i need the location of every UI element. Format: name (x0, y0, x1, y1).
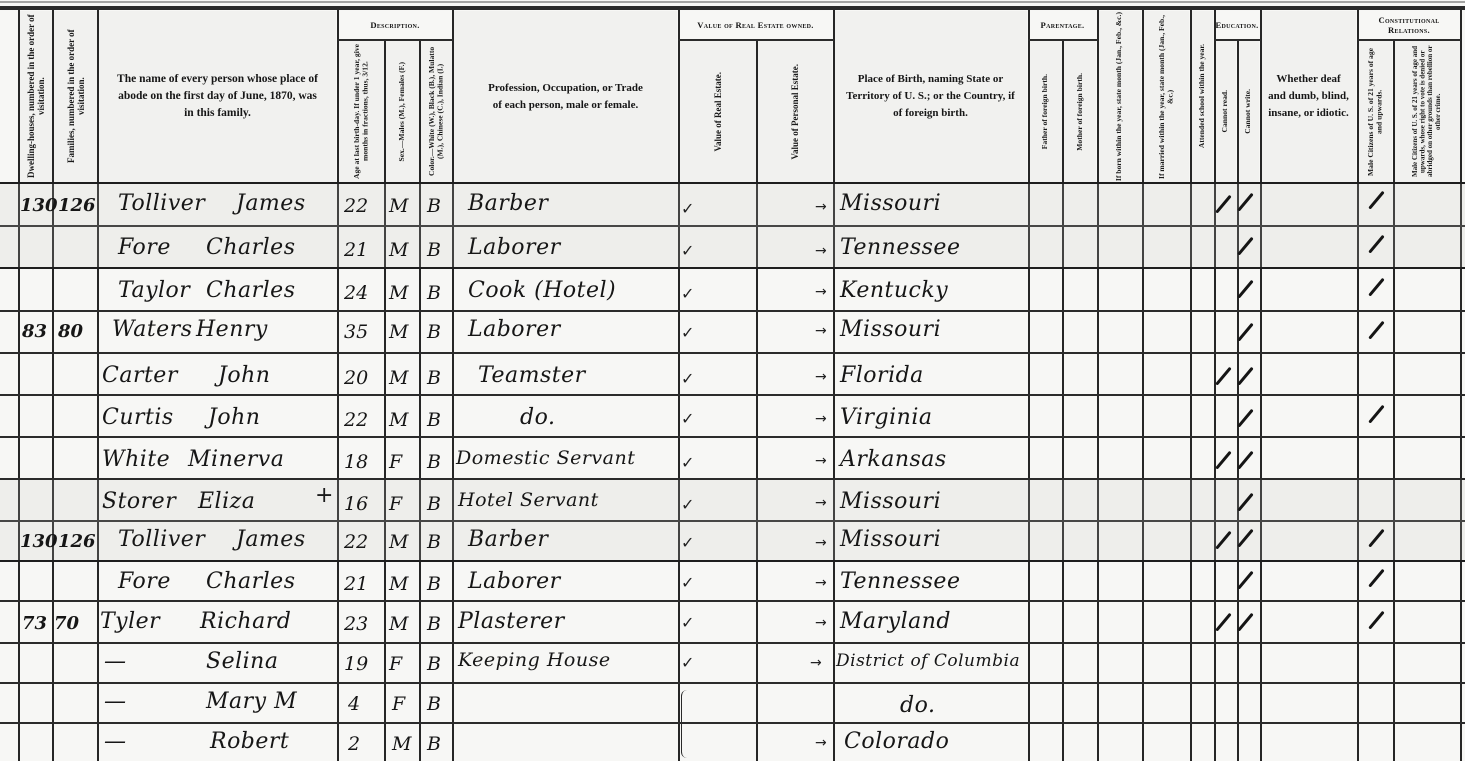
surname: Fore (118, 569, 171, 594)
age: 21 (344, 239, 368, 261)
check-mark-icon: ✓ (681, 495, 694, 514)
surname: — (104, 649, 127, 674)
birthplace: Missouri (840, 317, 941, 342)
given-name: James (236, 191, 306, 216)
arrow-mark-icon: → (815, 535, 827, 551)
age: 22 (344, 195, 368, 217)
color: B (427, 531, 441, 553)
cannot-write-tick-icon (1237, 237, 1253, 255)
surname: Storer (102, 489, 176, 514)
surname: Taylor (118, 278, 190, 303)
birthplace: Florida (840, 363, 924, 388)
group-description-label: Description. (370, 20, 419, 30)
grid-line (1214, 39, 1261, 41)
header-occupation-label: Profession, Occupation, or Trade of each… (484, 80, 647, 114)
age: 4 (348, 693, 360, 715)
cannot-read-tick-icon (1215, 451, 1231, 469)
sex: F (389, 493, 402, 515)
header-male-citizens: Male Citizens of U. S. of 21 years of ag… (1358, 41, 1392, 182)
sex: M (389, 239, 408, 261)
given-name: Charles (206, 235, 295, 260)
sex: F (389, 653, 402, 675)
cannot-write-tick-icon (1237, 323, 1253, 341)
arrow-mark-icon: → (815, 615, 827, 631)
male-citizen-tick-icon (1368, 569, 1384, 587)
color: B (427, 367, 441, 389)
cannot-write-tick-icon (1237, 613, 1253, 631)
surname: Tolliver (118, 191, 205, 216)
sex: M (389, 282, 408, 304)
arrow-mark-icon: → (815, 495, 827, 511)
cannot-read-tick-icon (1215, 367, 1231, 385)
census-sheet: Dwelling-houses, numbered in the order o… (0, 0, 1465, 761)
header-married-within-year: If married within the year, state month … (1143, 11, 1189, 182)
birthplace: Virginia (840, 405, 933, 430)
header-personal-estate-label: Value of Personal Estate. (790, 64, 800, 160)
header-color-label: Color.—White (W.), Black (B.), Mulatto (… (428, 41, 445, 182)
check-mark-icon: ✓ (681, 653, 694, 672)
color: B (427, 282, 441, 304)
table-row: Fore Charles 21 M B Laborer ✓ → Tennesse… (0, 225, 1465, 267)
table-row: — Mary M 4 F B do. (0, 683, 1465, 723)
header-birthplace-label: Place of Birth, naming State or Territor… (844, 71, 1017, 122)
age: 35 (344, 321, 368, 343)
surname: Carter (102, 363, 178, 388)
dwelling-number: 73 (22, 613, 47, 634)
grid-line (1028, 39, 1098, 41)
dwelling-number: 130 (20, 531, 58, 552)
header-age: Age at last birth-day. If under 1 year, … (338, 41, 384, 182)
birthplace: Kentucky (840, 278, 948, 303)
birthplace: Colorado (844, 729, 949, 754)
header-mother-foreign: Mother of foreign birth. (1064, 41, 1096, 182)
check-mark-icon: ✓ (681, 241, 694, 260)
header-name: The name of every person whose place of … (99, 11, 336, 182)
age: 23 (344, 613, 368, 635)
table-row: Curtis John 22 M B do. ✓ → Virginia (0, 395, 1465, 437)
surname: Fore (118, 235, 171, 260)
header-real-estate-label: Value of Real Estate. (713, 72, 723, 152)
birthplace: Missouri (840, 489, 941, 514)
birthplace: Maryland (840, 609, 951, 634)
male-citizen-tick-icon (1368, 191, 1384, 209)
birthplace: do. (900, 693, 935, 718)
birthplace: District of Columbia (836, 651, 1020, 671)
color: B (427, 733, 441, 755)
color: B (427, 321, 441, 343)
family-number: 80 (58, 321, 83, 342)
check-mark-icon: ✓ (681, 409, 694, 428)
header-cannot-read: Cannot read. (1215, 41, 1236, 182)
male-citizen-tick-icon (1368, 278, 1384, 296)
table-row: Fore Charles 21 M B Laborer ✓ → Tennesse… (0, 561, 1465, 601)
cannot-write-tick-icon (1237, 529, 1253, 547)
age: 22 (344, 409, 368, 431)
color: B (427, 693, 441, 715)
color: B (427, 239, 441, 261)
color: B (427, 409, 441, 431)
group-education: Education. (1215, 11, 1259, 39)
header-sex-label: Sex.—Males (M.), Females (F.) (398, 62, 406, 161)
cannot-write-tick-icon (1237, 280, 1253, 298)
occupation: Laborer (468, 235, 561, 260)
arrow-mark-icon: → (815, 323, 827, 339)
surname: Tyler (100, 609, 160, 634)
sex: F (392, 693, 405, 715)
age: 24 (344, 282, 368, 304)
given-name: John (218, 363, 270, 388)
group-education-label: Education. (1215, 20, 1258, 30)
color: B (427, 195, 441, 217)
header-occupation: Profession, Occupation, or Trade of each… (454, 11, 677, 182)
header-cannot-write: Cannot write. (1238, 41, 1259, 182)
check-mark-icon: ✓ (681, 573, 694, 592)
given-name: James (236, 527, 306, 552)
header-father-foreign: Father of foreign birth. (1029, 41, 1062, 182)
group-description: Description. (338, 11, 452, 39)
header-mother-foreign-label: Mother of foreign birth. (1076, 73, 1084, 151)
arrow-mark-icon: → (815, 453, 827, 469)
age: 16 (344, 493, 368, 515)
occupation: do. (520, 405, 555, 430)
cannot-read-tick-icon (1215, 195, 1231, 213)
occupation: Barber (468, 527, 548, 552)
surname: White (102, 447, 170, 472)
check-mark-icon: ✓ (681, 453, 694, 472)
header-family-label: Families, numbered in the order of visit… (66, 11, 86, 182)
occupation: Barber (468, 191, 548, 216)
age: 18 (344, 451, 368, 473)
table-row: Taylor Charles 24 M B Cook (Hotel) ✓ → K… (0, 268, 1465, 310)
table-row: — Robert 2 M B → Colorado (0, 723, 1465, 761)
header-father-foreign-label: Father of foreign birth. (1041, 74, 1049, 149)
header-cannot-read-label: Cannot read. (1221, 90, 1229, 132)
sex: M (389, 531, 408, 553)
cannot-read-tick-icon (1215, 531, 1231, 549)
color: B (427, 451, 441, 473)
group-constitutional: Constitutional Relations. (1358, 11, 1460, 39)
surname: — (104, 689, 127, 714)
arrow-mark-icon: → (815, 199, 827, 215)
table-row: White Minerva 18 F B Domestic Servant ✓ … (0, 437, 1465, 479)
crosshair-mark-icon: + (315, 483, 333, 508)
header-name-label: The name of every person whose place of … (113, 71, 322, 122)
color: B (427, 653, 441, 675)
header-attended-school: Attended school within the year. (1191, 11, 1213, 182)
check-mark-icon: ✓ (681, 369, 694, 388)
occupation: Keeping House (458, 649, 611, 671)
cannot-write-tick-icon (1237, 367, 1253, 385)
cannot-write-tick-icon (1237, 571, 1253, 589)
occupation: Cook (Hotel) (468, 278, 616, 303)
given-name: Richard (200, 609, 291, 634)
occupation: Domestic Servant (456, 447, 635, 469)
color: B (427, 613, 441, 635)
sex: M (389, 321, 408, 343)
group-parentage-label: Parentage. (1041, 20, 1085, 30)
header-dwelling: Dwelling-houses, numbered in the order o… (19, 11, 52, 182)
header-age-label: Age at last birth-day. If under 1 year, … (353, 41, 370, 182)
arrow-mark-icon: → (815, 735, 827, 751)
arrow-mark-icon: → (810, 655, 822, 671)
grid-line (1357, 39, 1461, 41)
group-parentage: Parentage. (1029, 11, 1096, 39)
header-cannot-write-label: Cannot write. (1244, 89, 1252, 134)
check-mark-icon: ✓ (681, 284, 694, 303)
header-disability: Whether deaf and dumb, blind, insane, or… (1261, 11, 1356, 182)
page-top-rule (0, 6, 1465, 10)
age: 2 (348, 733, 360, 755)
given-name: Henry (196, 317, 268, 342)
header-born-within-year: If born within the year, state month (Ja… (1098, 11, 1141, 182)
header-male-citizens-label: Male Citizens of U. S. of 21 years of ag… (1367, 41, 1384, 182)
family-number: 70 (54, 613, 79, 634)
table-row: 83 80 Waters Henry 35 M B Laborer ✓ → Mi… (0, 311, 1465, 353)
sex: M (392, 733, 411, 755)
header-attended-school-label: Attended school within the year. (1198, 44, 1206, 148)
sex: M (389, 573, 408, 595)
age: 20 (344, 367, 368, 389)
bracket-mark-icon (681, 690, 690, 758)
given-name: John (208, 405, 260, 430)
header-family: Families, numbered in the order of visit… (54, 11, 97, 182)
age: 21 (344, 573, 368, 595)
group-value-real-estate: Value of Real Estate owned. (679, 11, 832, 39)
group-constitutional-label: Constitutional Relations. (1358, 15, 1460, 35)
table-row: 130 126 Tolliver James 22 M B Barber ✓ →… (0, 521, 1465, 561)
header-born-within-year-label: If born within the year, state month (Ja… (1115, 12, 1123, 181)
given-name: Mary M (206, 689, 297, 714)
birthplace: Tennessee (840, 569, 960, 594)
dwelling-number: 130 (20, 195, 58, 216)
given-name: Eliza (198, 489, 255, 514)
given-name: Minerva (188, 447, 284, 472)
family-number: 126 (58, 195, 96, 216)
grid-line (337, 39, 453, 41)
table-row: — Selina 19 F B Keeping House ✓ → Distri… (0, 643, 1465, 683)
cannot-write-tick-icon (1237, 451, 1253, 469)
sex: M (389, 409, 408, 431)
color: B (427, 573, 441, 595)
given-name: Charles (206, 569, 295, 594)
table-row: Storer Eliza + 16 F B Hotel Servant ✓ → … (0, 479, 1465, 521)
given-name: Selina (206, 649, 278, 674)
birthplace: Tennessee (840, 235, 960, 260)
family-number: 126 (58, 531, 96, 552)
male-citizen-tick-icon (1368, 235, 1384, 253)
birthplace: Arkansas (840, 447, 947, 472)
header-male-citizens-denied: Male Citizens of U. S. of 21 years of ag… (1394, 41, 1460, 182)
check-mark-icon: ✓ (681, 533, 694, 552)
color: B (427, 493, 441, 515)
cannot-write-tick-icon (1237, 493, 1253, 511)
cannot-write-tick-icon (1237, 409, 1253, 427)
sex: F (389, 451, 402, 473)
header-male-citizens-denied-label: Male Citizens of U. S. of 21 years of ag… (1412, 41, 1442, 182)
surname: — (104, 729, 127, 754)
grid-line (678, 39, 834, 41)
arrow-mark-icon: → (815, 284, 827, 300)
group-value-real-estate-label: Value of Real Estate owned. (697, 20, 813, 30)
occupation: Hotel Servant (458, 489, 599, 511)
male-citizen-tick-icon (1368, 405, 1384, 423)
table-row: Carter John 20 M B Teamster ✓ → Florida (0, 353, 1465, 395)
occupation: Plasterer (458, 609, 565, 634)
check-mark-icon: ✓ (681, 199, 694, 218)
header-birthplace: Place of Birth, naming State or Territor… (834, 11, 1027, 182)
header-disability-label: Whether deaf and dumb, blind, insane, or… (1267, 71, 1350, 122)
age: 19 (344, 653, 368, 675)
male-citizen-tick-icon (1368, 321, 1384, 339)
arrow-mark-icon: → (815, 411, 827, 427)
given-name: Robert (210, 729, 289, 754)
cannot-read-tick-icon (1215, 613, 1231, 631)
occupation: Laborer (468, 569, 561, 594)
header-sex: Sex.—Males (M.), Females (F.) (386, 41, 419, 182)
surname: Tolliver (118, 527, 205, 552)
arrow-mark-icon: → (815, 243, 827, 259)
header-real-estate: Value of Real Estate. (679, 41, 756, 182)
arrow-mark-icon: → (815, 369, 827, 385)
sex: M (389, 367, 408, 389)
sex: M (389, 195, 408, 217)
occupation: Laborer (468, 317, 561, 342)
birthplace: Missouri (840, 191, 941, 216)
male-citizen-tick-icon (1368, 529, 1384, 547)
dwelling-number: 83 (22, 321, 47, 342)
page-top-edge (0, 1, 1465, 3)
header-dwelling-label: Dwelling-houses, numbered in the order o… (26, 11, 46, 182)
table-row: 73 70 Tyler Richard 23 M B Plasterer ✓ →… (0, 601, 1465, 643)
occupation: Teamster (478, 363, 586, 388)
check-mark-icon: ✓ (681, 613, 694, 632)
birthplace: Missouri (840, 527, 941, 552)
given-name: Charles (206, 278, 295, 303)
cannot-write-tick-icon (1237, 193, 1253, 211)
header-color: Color.—White (W.), Black (B.), Mulatto (… (421, 41, 452, 182)
arrow-mark-icon: → (815, 575, 827, 591)
age: 22 (344, 531, 368, 553)
check-mark-icon: ✓ (681, 323, 694, 342)
surname: Curtis (102, 405, 174, 430)
table-row: 130 126 Tolliver James 22 M B Barber ✓ →… (0, 183, 1465, 225)
header-personal-estate: Value of Personal Estate. (758, 41, 832, 182)
surname: Waters (112, 317, 192, 342)
header-married-within-year-label: If married within the year, state month … (1158, 11, 1175, 182)
sex: M (389, 613, 408, 635)
male-citizen-tick-icon (1368, 611, 1384, 629)
